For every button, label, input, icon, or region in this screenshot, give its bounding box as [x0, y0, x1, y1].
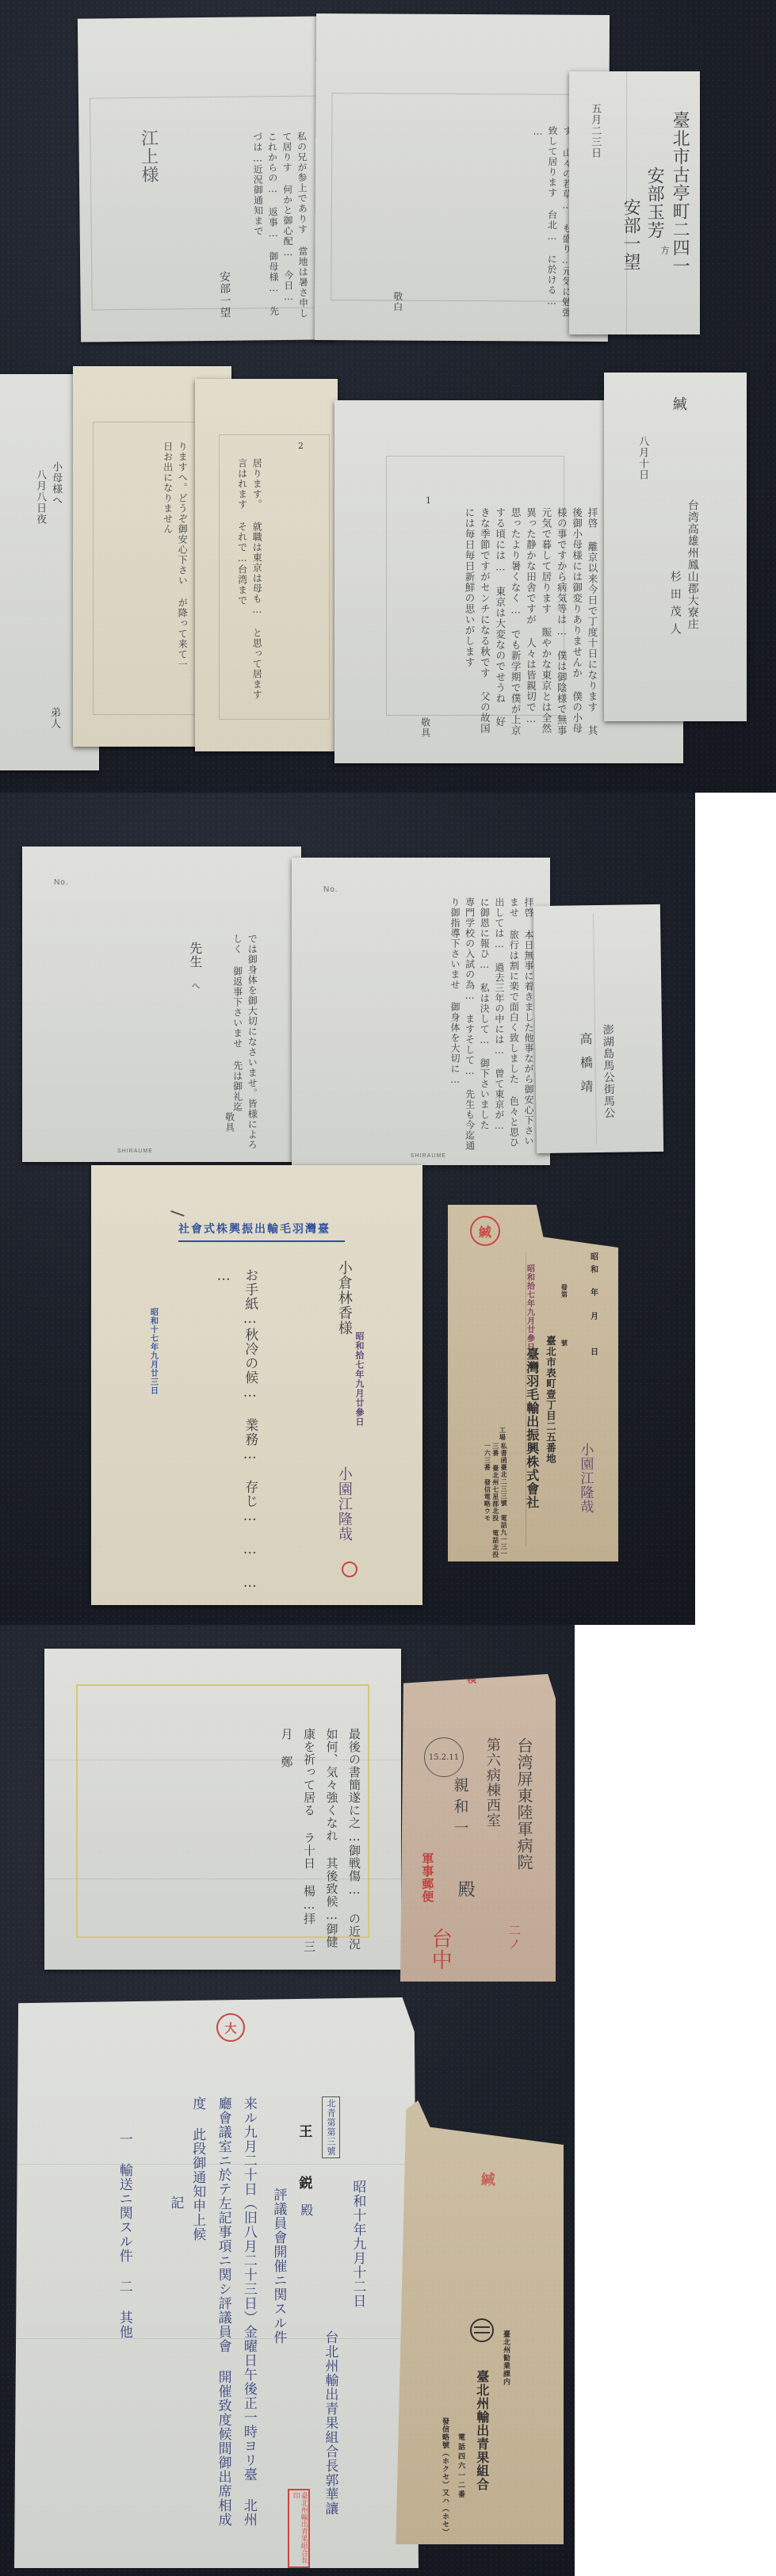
company-name: 臺灣羽毛輸出振興株式會社	[522, 1347, 541, 1509]
letter-sheet: 臺灣羽毛輸出振興株式會社 昭和拾七年九月廿參日 小倉林香様 お手紙…秋冷の候… …	[91, 1165, 422, 1605]
military-mail-label: 軍事郵便	[418, 1852, 436, 1903]
margin-date: 昭和十七年九月廿三日	[147, 1308, 159, 1395]
envelope-recipient: 親和一	[448, 1777, 471, 1841]
envelope: 緘 臺北州勧業課内 臺北州輸出青果組合 電話四六一二番 發信略號（ホクセ）又ハ（…	[392, 2100, 564, 2544]
photo-panel-2: No. 先生 へ では御身体を御大切になさいませ。皆様によろしく 御返事下さいま…	[0, 793, 695, 1625]
letter-addressee: 小倉林香様	[333, 1260, 355, 1336]
letter-sheet: No. 先生 へ では御身体を御大切になさいませ。皆様によろしく 御返事下さいま…	[22, 847, 301, 1162]
form-field-day: 日	[587, 1347, 599, 1356]
company-letterhead: 臺灣羽毛輸出振興株式會社	[178, 1221, 331, 1236]
red-seal-mark: 緘	[476, 2172, 498, 2187]
red-seal-stamp: 大	[216, 2013, 245, 2042]
letter-body: お手紙…秋冷の候… 業務… 存じ… … … …	[210, 1268, 262, 1601]
letter-sheet: 江上様 私の兄が参上でありす 當地は暑さ申して居りす 何かと御心配… 今日… こ…	[78, 16, 334, 342]
letter-closing: 敬白	[390, 292, 405, 312]
red-note-destination: 台中	[424, 1928, 456, 1970]
organization-logo	[470, 2318, 494, 2342]
paper-brand: SHIRAUME	[117, 1148, 153, 1154]
envelope-address: 澎湖島馬公街馬公	[598, 1024, 617, 1119]
envelope-date: 五月二三日	[587, 103, 602, 159]
page-number-mark: No.	[323, 885, 338, 894]
envelope-address: 台湾屏東陸軍病院	[511, 1737, 536, 1871]
envelope: 緘 昭和拾七年九月廿參日 昭和 年 月 日 發第 號 臺北市表町壹丁目二五番地 …	[448, 1205, 618, 1561]
phone-number: 電話四六一二番	[454, 2433, 465, 2500]
letter-body: 拝啓 離京以来今日で丁度十日になります 其後御小母様には御変りありませんか 僕の…	[462, 507, 600, 737]
envelope-address: 台湾高雄州鳳山郡大寮庄	[683, 499, 701, 630]
envelope-date: 八月十日	[634, 436, 650, 480]
envelope-sender: 杉田茂人	[666, 571, 683, 640]
letter-ki: 記	[165, 2196, 185, 2210]
postmark: 15.2.11	[424, 1737, 464, 1777]
envelope: 検 15.2.11 台湾屏東陸軍病院 第六病棟西室 親和一 殿 軍事郵便 台中 …	[400, 1674, 556, 1982]
organization-name: 臺北州輸出青果組合	[472, 2370, 491, 2491]
letter-body: 来ル九月二十日（旧八月二十三日）金曜日午後正一時ヨリ臺 北州廳會議室ニ於テ左記事…	[185, 2096, 262, 2540]
letter-sender: 台北州輸出青果組合長郭華讓	[319, 2330, 340, 2516]
letter-sheet: 最後の書簡遂に之…御戦傷… の近況如何、気々強くなれ 其後致候…御健康を祈って居…	[44, 1649, 401, 1970]
letter-signature: 小園江隆哉	[333, 1466, 355, 1542]
form-field-month: 月	[587, 1312, 599, 1320]
letter-addressee: 先生	[185, 942, 205, 969]
letter-body: 居ります。 就職は東京は母も… と思って居ます 言はれます それで…台湾まで	[235, 458, 264, 712]
form-field-year: 年	[587, 1288, 599, 1297]
envelope-recipient: 高橋靖	[575, 1032, 595, 1103]
printed-date: 昭和拾七年九月廿參日	[353, 1332, 366, 1427]
company-contact: 私書函臺北二三三號 電話九一三一三番 臺北州七星郡北投 電話北投一六三番 發信電…	[483, 1443, 507, 1561]
telegraph-code: 發信略號（ホクセ）又ハ（ホセ）	[438, 2417, 449, 2536]
envelope-ward: 第六病棟西室	[481, 1737, 503, 1828]
reference-number: 北青第第三號	[322, 2096, 340, 2158]
form-field-issue: 發第	[559, 1284, 568, 1298]
letter-honorific: 殿	[296, 2203, 315, 2217]
letter-sheet: 大 北青第第三號 昭和十年九月十二日 台北州輸出青果組合長郭華讓 臺北州輸出青果…	[14, 1997, 419, 2568]
red-personal-seal	[342, 1561, 357, 1577]
photo-panel-3: 最後の書簡遂に之…御戦傷… の近況如何、気々強くなれ 其後致候…御健康を祈って居…	[0, 1625, 575, 2576]
letter-closing: 敬具	[222, 1112, 237, 1133]
letter-body: 私の兄が参上でありす 當地は暑さ申して居りす 何かと御心配… 今日… これからの…	[250, 132, 311, 323]
envelope-recipient: 安部玉芳	[640, 166, 667, 239]
company-address: 臺北市表町壹丁目二五番地	[543, 1336, 558, 1464]
letter-addressee: 江上様	[134, 129, 162, 184]
envelope: 澎湖島馬公街馬公 高橋靖	[533, 904, 663, 1153]
letter-date: 八月八日夜	[32, 469, 48, 525]
factory-label: 工場	[497, 1427, 507, 1441]
form-field-era: 昭和	[587, 1252, 599, 1278]
letter-sheet: 春陽の候…御清祥の 御事と拝察申上ます 山々の若草… も盛り…元気に勉強致して居…	[315, 13, 610, 342]
letter-body: りますへ。どうぞ御安心下さい が降って来て一日お出になりません	[160, 441, 189, 679]
envelope: 緘 八月十日 台湾高雄州鳳山郡大寮庄 杉田茂人	[604, 373, 747, 721]
letter-addressee: 王 鋭	[293, 2124, 314, 2200]
letter-closing: 敬具	[418, 717, 433, 738]
envelope-seal-mark: 緘	[667, 396, 690, 411]
letter-subject: 評議員會開催ニ関スル件	[268, 2188, 289, 2345]
letter-addressee: 小母様へ	[48, 461, 63, 506]
red-note-number: 二ノ	[503, 1924, 523, 1951]
envelope-recipient-suffix: 方	[658, 246, 671, 255]
letter-sheet: No. 拝啓 本日無事に着きました他事ながら御安心下さいませ 旅行は割に楽で面白…	[292, 858, 550, 1165]
letter-date: 昭和十年九月十二日	[347, 2180, 368, 2308]
letter-signature: 弟人	[46, 707, 62, 729]
letter-sheet: 2 居ります。 就職は東京は母も… と思って居ます 言はれます それで…台湾まで	[195, 379, 338, 751]
organization-seal: 臺北州輸出青果組合長印	[288, 2489, 310, 2568]
letterhead-rule	[178, 1240, 345, 1242]
printed-date: 昭和拾七年九月廿參日	[523, 1264, 536, 1351]
photo-panel-1: 江上様 私の兄が参上でありす 當地は暑さ申して居りす 何かと御心配… 今日… こ…	[0, 0, 776, 793]
letter-body: 最後の書簡遂に之…御戦傷… の近況如何、気々強くなれ 其後致候…御健康を祈って居…	[275, 1728, 365, 1958]
letter-page-number: 2	[294, 441, 308, 452]
letter-signature: 安部一望	[215, 271, 232, 319]
page-number-mark: No.	[54, 878, 69, 887]
envelope-sender: 小園江隆哉	[575, 1443, 595, 1514]
letter-page-number: 1	[422, 495, 435, 506]
department-label: 臺北州勧業課内	[499, 2330, 510, 2386]
inspection-seal: 検	[464, 1674, 479, 1684]
letter-body: 拝啓 本日無事に着きました他事ながら御安心下さいませ 旅行は割に楽で面白く致しま…	[447, 897, 536, 1151]
envelope: 五月二三日 臺北市古亭町二四一 安部玉芳 方 安部一望	[569, 71, 700, 334]
red-seal-stamp: 緘	[470, 1216, 500, 1246]
envelope-sender: 安部一望	[617, 198, 644, 271]
agenda-items: 一 輸送ニ関スル件 二 其他	[109, 2132, 138, 2339]
envelope-honorific: 殿	[451, 1880, 478, 1898]
letter-addressee-suffix: へ	[189, 981, 202, 991]
form-field-number: 號	[559, 1340, 568, 1347]
paper-brand: SHIRAUME	[411, 1153, 446, 1159]
